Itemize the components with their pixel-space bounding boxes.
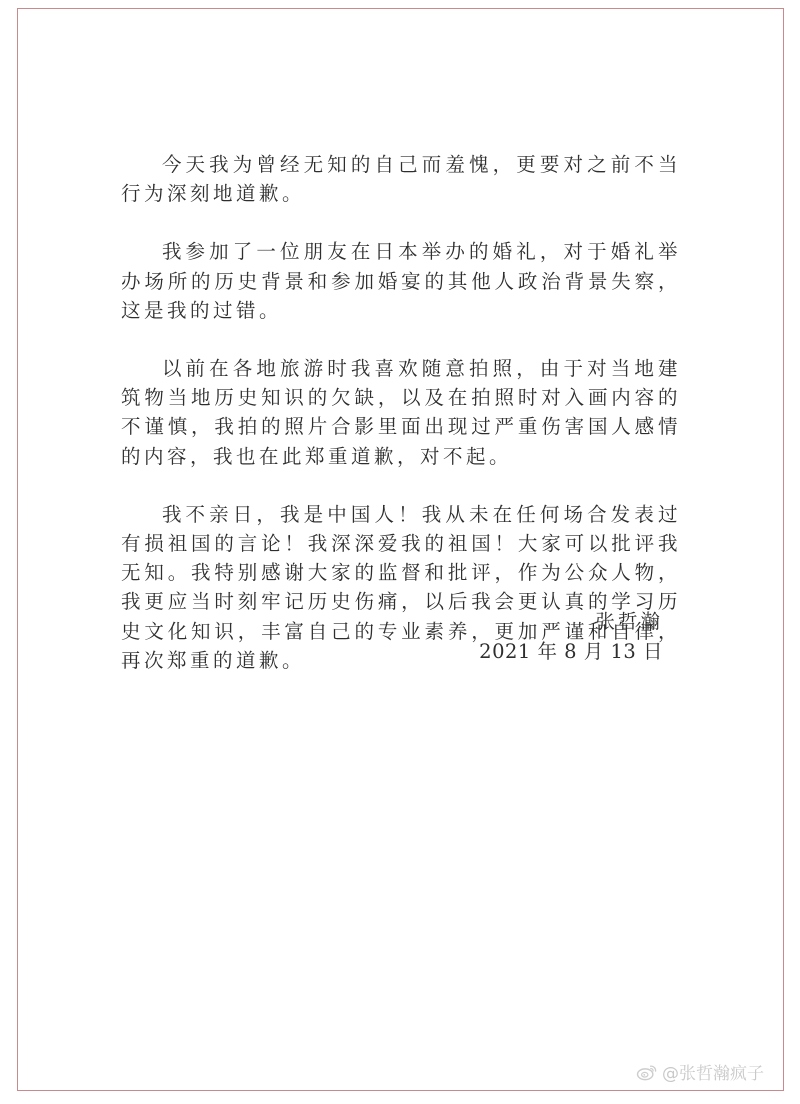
signature-date: 2021 年 8 月 13 日: [479, 637, 663, 667]
weibo-icon: [636, 1063, 658, 1081]
signature-name: 张哲瀚: [479, 607, 663, 637]
weibo-watermark: @张哲瀚疯子: [636, 1059, 764, 1084]
letter-body: 今天我为曾经无知的自己而羞愧，更要对之前不当行为深刻地道歉。 我参加了一位朋友在…: [121, 150, 681, 675]
paragraph-apology-intro: 今天我为曾经无知的自己而羞愧，更要对之前不当行为深刻地道歉。: [121, 150, 681, 208]
signature-block: 张哲瀚 2021 年 8 月 13 日: [479, 607, 663, 667]
watermark-handle: @张哲瀚疯子: [662, 1059, 764, 1084]
paragraph-photos: 以前在各地旅游时我喜欢随意拍照，由于对当地建筑物当地历史知识的欠缺，以及在拍照时…: [121, 354, 681, 471]
paragraph-wedding: 我参加了一位朋友在日本举办的婚礼，对于婚礼举办场所的历史背景和参加婚宴的其他人政…: [121, 237, 681, 325]
